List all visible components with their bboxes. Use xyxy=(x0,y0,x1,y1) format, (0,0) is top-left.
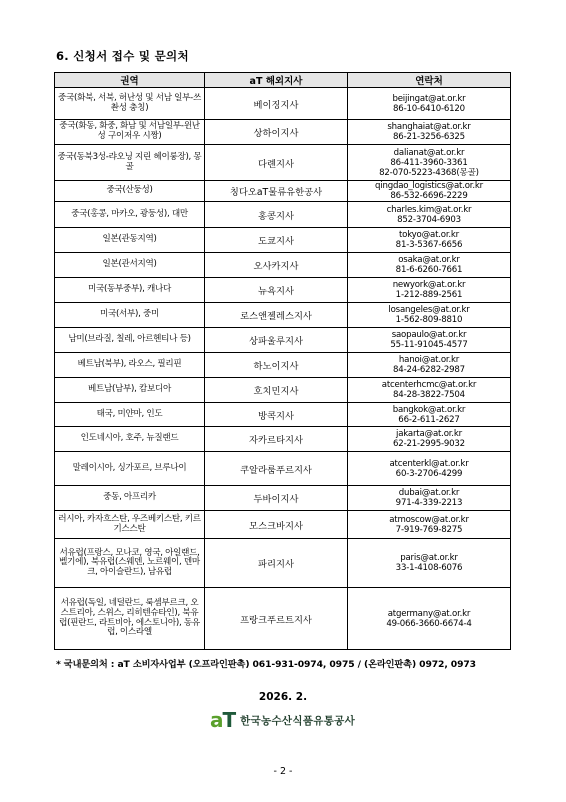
phone-number: 33-1-4108-6076 xyxy=(350,563,508,573)
email-link[interactable]: atcenterhcmc@at.or.kr xyxy=(350,380,508,390)
email-link[interactable]: losangeles@at.or.kr xyxy=(350,305,508,315)
region-cell: 태국, 미얀마, 인도 xyxy=(55,403,205,427)
table-row: 인도네시아, 호주, 뉴질랜드자카르타지사jakarta@at.or.kr62-… xyxy=(55,427,511,452)
table-header-row: 권역 aT 해외지사 연락처 xyxy=(55,73,511,88)
office-cell: 모스크바지사 xyxy=(205,511,348,539)
table-row: 일본(관서지역)오사카지사osaka@at.or.kr81-6-6260-766… xyxy=(55,253,511,278)
region-cell: 말레이시아, 싱가포르, 브루나이 xyxy=(55,452,205,486)
phone-number: 62-21-2995-9032 xyxy=(350,439,508,449)
contact-cell: paris@at.or.kr33-1-4108-6076 xyxy=(348,539,511,588)
table-row: 베트남(북부), 라오스, 필리핀하노이지사hanoi@at.or.kr84-2… xyxy=(55,353,511,378)
office-cell: 홍콩지사 xyxy=(205,202,348,228)
office-cell: 하노이지사 xyxy=(205,353,348,378)
region-cell: 중국(홍콩, 마카오, 광둥성), 대만 xyxy=(55,202,205,228)
phone-number: 86-532-6696-2229 xyxy=(350,191,508,201)
office-cell: 다롄지사 xyxy=(205,145,348,181)
contact-cell: dubai@at.or.kr971-4-339-2213 xyxy=(348,486,511,511)
region-cell: 인도네시아, 호주, 뉴질랜드 xyxy=(55,427,205,452)
table-row: 태국, 미얀마, 인도방콕지사bangkok@at.or.kr66-2-611-… xyxy=(55,403,511,427)
header-contact: 연락처 xyxy=(348,73,511,88)
organization-logo: aT 한국농수산식품유통공사 xyxy=(210,710,355,730)
table-row: 미국(서부), 중미로스앤젤레스지사losangeles@at.or.kr1-5… xyxy=(55,303,511,328)
table-row: 중동, 아프리카두바이지사dubai@at.or.kr971-4-339-221… xyxy=(55,486,511,511)
table-row: 일본(관동지역)도쿄지사tokyo@at.or.kr81-3-5367-6656 xyxy=(55,228,511,253)
phone-number: 81-6-6260-7661 xyxy=(350,265,508,275)
email-link[interactable]: dalianat@at.or.kr xyxy=(350,148,508,158)
email-link[interactable]: shanghaiat@at.or.kr xyxy=(350,122,508,132)
contact-cell: losangeles@at.or.kr1-562-809-8810 xyxy=(348,303,511,328)
table-row: 서유럽(독일, 네덜란드, 룩셈부르크, 오스트리아, 스위스, 리히텐슈타인)… xyxy=(55,588,511,650)
at-logo-icon: aT xyxy=(210,710,235,730)
phone-number: 1-212-889-2561 xyxy=(350,290,508,300)
phone-number: 84-24-6282-2987 xyxy=(350,365,508,375)
contacts-table: 권역 aT 해외지사 연락처 중국(화북, 서북, 허난성 및 서남 일부-쓰촨… xyxy=(54,72,511,650)
region-cell: 중국(동북3성-랴오닝 지린 헤이룽장), 몽골 xyxy=(55,145,205,181)
office-cell: 로스앤젤레스지사 xyxy=(205,303,348,328)
table-row: 서유럽(프랑스, 모나코, 영국, 아일랜드, 벨기에), 북유럽(스웨덴, 노… xyxy=(55,539,511,588)
organization-name: 한국농수산식품유통공사 xyxy=(240,713,355,728)
office-cell: 프랑크푸르트지사 xyxy=(205,588,348,650)
table-row: 남미(브라질, 칠레, 아르헨티나 등)상파울루지사saopaulo@at.or… xyxy=(55,328,511,353)
domestic-contact-footnote: * 국내문의처 : aT 소비자사업부 (오프라인판촉) 061-931-097… xyxy=(56,656,476,670)
contact-cell: jakarta@at.or.kr62-21-2995-9032 xyxy=(348,427,511,452)
phone-number: 49-066-3660-6674-4 xyxy=(350,619,508,629)
office-cell: 베이징지사 xyxy=(205,88,348,120)
office-cell: 상하이지사 xyxy=(205,120,348,145)
office-cell: 파리지사 xyxy=(205,539,348,588)
phone-number: 852-3704-6903 xyxy=(350,215,508,225)
email-link[interactable]: newyork@at.or.kr xyxy=(350,280,508,290)
email-link[interactable]: charles.kim@at.or.kr xyxy=(350,205,508,215)
contact-cell: atcenterkl@at.or.kr60-3-2706-4299 xyxy=(348,452,511,486)
document-date: 2026. 2. xyxy=(0,691,566,703)
table-row: 미국(동부중부), 캐나다뉴욕지사newyork@at.or.kr1-212-8… xyxy=(55,278,511,303)
region-cell: 미국(동부중부), 캐나다 xyxy=(55,278,205,303)
phone-number: 971-4-339-2213 xyxy=(350,498,508,508)
phone-number: 86-21-3256-6325 xyxy=(350,132,508,142)
region-cell: 중국(산둥성) xyxy=(55,181,205,202)
email-link[interactable]: tokyo@at.or.kr xyxy=(350,230,508,240)
office-cell: 상파울루지사 xyxy=(205,328,348,353)
table-row: 중국(산둥성)칭다오aT물류유한공사qingdao_logistics@at.o… xyxy=(55,181,511,202)
phone-number: 55-11-91045-4577 xyxy=(350,340,508,350)
phone-number: 1-562-809-8810 xyxy=(350,315,508,325)
phone-number: 7-919-769-8275 xyxy=(350,525,508,535)
email-link[interactable]: bangkok@at.or.kr xyxy=(350,405,508,415)
region-cell: 남미(브라질, 칠레, 아르헨티나 등) xyxy=(55,328,205,353)
region-cell: 러시아, 카자흐스탄, 우즈베키스탄, 키르기스스탄 xyxy=(55,511,205,539)
table-row: 중국(화동, 화중, 화남 및 서남일부-윈난성 구이저우 시짱)상하이지사sh… xyxy=(55,120,511,145)
header-region: 권역 xyxy=(55,73,205,88)
phone-number: 86-10-6410-6120 xyxy=(350,104,508,114)
email-link[interactable]: atgermany@at.or.kr xyxy=(350,609,508,619)
office-cell: 두바이지사 xyxy=(205,486,348,511)
office-cell: 도쿄지사 xyxy=(205,228,348,253)
email-link[interactable]: qingdao_logistics@at.or.kr xyxy=(350,181,508,191)
region-cell: 베트남(남부), 캄보디아 xyxy=(55,378,205,403)
contact-cell: dalianat@at.or.kr86-411-3960-336182-070-… xyxy=(348,145,511,181)
header-office: aT 해외지사 xyxy=(205,73,348,88)
office-cell: 쿠알라룸푸르지사 xyxy=(205,452,348,486)
email-link[interactable]: atmoscow@at.or.kr xyxy=(350,515,508,525)
contact-cell: tokyo@at.or.kr81-3-5367-6656 xyxy=(348,228,511,253)
region-cell: 베트남(북부), 라오스, 필리핀 xyxy=(55,353,205,378)
region-cell: 미국(서부), 중미 xyxy=(55,303,205,328)
region-cell: 중동, 아프리카 xyxy=(55,486,205,511)
phone-number: 81-3-5367-6656 xyxy=(350,240,508,250)
table-row: 말레이시아, 싱가포르, 브루나이쿠알라룸푸르지사atcenterkl@at.o… xyxy=(55,452,511,486)
contact-cell: osaka@at.or.kr81-6-6260-7661 xyxy=(348,253,511,278)
region-cell: 서유럽(독일, 네덜란드, 룩셈부르크, 오스트리아, 스위스, 리히텐슈타인)… xyxy=(55,588,205,650)
office-cell: 자카르타지사 xyxy=(205,427,348,452)
region-cell: 일본(관서지역) xyxy=(55,253,205,278)
region-cell: 서유럽(프랑스, 모나코, 영국, 아일랜드, 벨기에), 북유럽(스웨덴, 노… xyxy=(55,539,205,588)
table-row: 베트남(남부), 캄보디아호치민지사atcenterhcmc@at.or.kr8… xyxy=(55,378,511,403)
region-cell: 일본(관동지역) xyxy=(55,228,205,253)
section-title: 6. 신청서 접수 및 문의처 xyxy=(56,48,189,64)
phone-number-extra: 82-070-5223-4368(몽골) xyxy=(350,168,508,178)
table-row: 중국(동북3성-랴오닝 지린 헤이룽장), 몽골다롄지사dalianat@at.… xyxy=(55,145,511,181)
email-link[interactable]: osaka@at.or.kr xyxy=(350,255,508,265)
region-cell: 중국(화북, 서북, 허난성 및 서남 일부-쓰촨성 충칭) xyxy=(55,88,205,120)
region-cell: 중국(화동, 화중, 화남 및 서남일부-윈난성 구이저우 시짱) xyxy=(55,120,205,145)
contact-cell: newyork@at.or.kr1-212-889-2561 xyxy=(348,278,511,303)
page-number: - 2 - xyxy=(0,766,566,777)
contact-cell: hanoi@at.or.kr84-24-6282-2987 xyxy=(348,353,511,378)
phone-number: 86-411-3960-3361 xyxy=(350,158,508,168)
office-cell: 칭다오aT물류유한공사 xyxy=(205,181,348,202)
contact-cell: shanghaiat@at.or.kr86-21-3256-6325 xyxy=(348,120,511,145)
table-row: 중국(화북, 서북, 허난성 및 서남 일부-쓰촨성 충칭)베이징지사beiji… xyxy=(55,88,511,120)
office-cell: 호치민지사 xyxy=(205,378,348,403)
contact-cell: qingdao_logistics@at.or.kr86-532-6696-22… xyxy=(348,181,511,202)
email-link[interactable]: atcenterkl@at.or.kr xyxy=(350,459,508,469)
email-link[interactable]: beijingat@at.or.kr xyxy=(350,94,508,104)
contact-cell: bangkok@at.or.kr66-2-611-2627 xyxy=(348,403,511,427)
office-cell: 뉴욕지사 xyxy=(205,278,348,303)
email-link[interactable]: dubai@at.or.kr xyxy=(350,488,508,498)
office-cell: 방콕지사 xyxy=(205,403,348,427)
phone-number: 60-3-2706-4299 xyxy=(350,469,508,479)
contact-cell: charles.kim@at.or.kr852-3704-6903 xyxy=(348,202,511,228)
contact-cell: atgermany@at.or.kr49-066-3660-6674-4 xyxy=(348,588,511,650)
email-link[interactable]: paris@at.or.kr xyxy=(350,553,508,563)
email-link[interactable]: jakarta@at.or.kr xyxy=(350,429,508,439)
contact-cell: atcenterhcmc@at.or.kr84-28-3822-7504 xyxy=(348,378,511,403)
contact-cell: beijingat@at.or.kr86-10-6410-6120 xyxy=(348,88,511,120)
table-row: 러시아, 카자흐스탄, 우즈베키스탄, 키르기스스탄모스크바지사atmoscow… xyxy=(55,511,511,539)
office-cell: 오사카지사 xyxy=(205,253,348,278)
contact-cell: saopaulo@at.or.kr55-11-91045-4577 xyxy=(348,328,511,353)
phone-number: 66-2-611-2627 xyxy=(350,415,508,425)
email-link[interactable]: saopaulo@at.or.kr xyxy=(350,330,508,340)
contact-cell: atmoscow@at.or.kr7-919-769-8275 xyxy=(348,511,511,539)
phone-number: 84-28-3822-7504 xyxy=(350,390,508,400)
email-link[interactable]: hanoi@at.or.kr xyxy=(350,355,508,365)
table-row: 중국(홍콩, 마카오, 광둥성), 대만홍콩지사charles.kim@at.o… xyxy=(55,202,511,228)
